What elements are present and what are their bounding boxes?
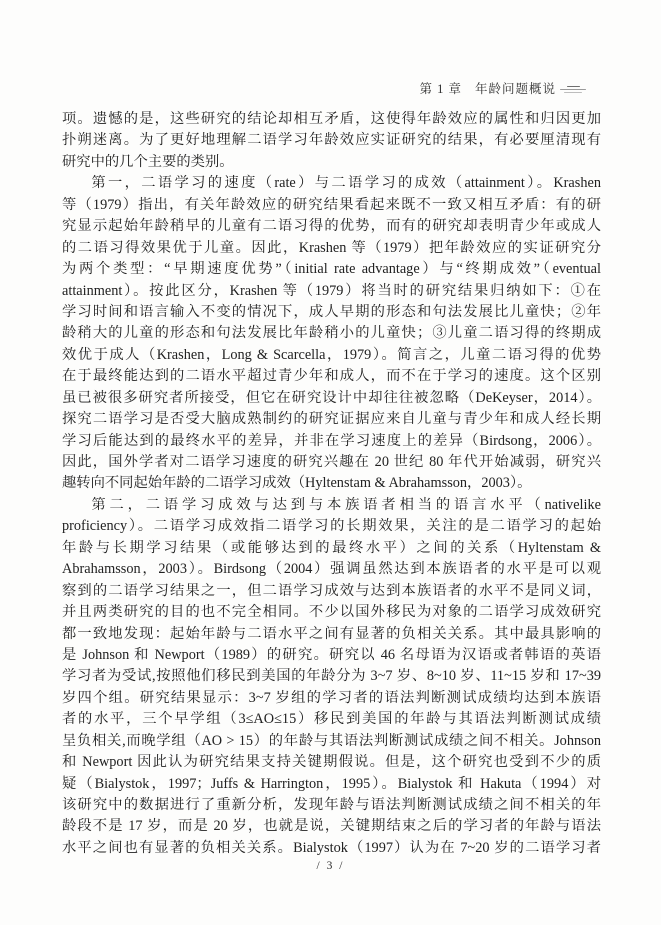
book-page: 第 1 章 年龄问题概说 项。遗憾的是，这些研究的结论却相互矛盾，这使得年龄效应… — [0, 0, 661, 925]
text-line: 该研究中的数据进行了重新分析，发现年龄与语法判断测试成绩之间不相关的年 — [62, 795, 601, 816]
text-line: 扑朔迷离。为了更好地理解二语学习年龄效应实证研究的结果，有必要厘清现有 — [62, 130, 601, 151]
text-line: 学习时间和语言输入不变的情况下，成人早期的形态和句法发展比儿童快；②年 — [62, 302, 601, 323]
text-line: 岁四个组。研究结果显示：3~7 岁组的学习者的语法判断测试成绩均达到本族语 — [62, 688, 601, 709]
text-line: 等（1979）指出，有关年龄效应的研究结果看起来既不一致又相互矛盾：有的研 — [62, 195, 601, 216]
text-line: 者的水平，三个早学组（3≤AO≤15）移民到美国的年龄与其语法判断测试成绩 — [62, 709, 601, 730]
text-line: 为两个类型：“早期速度优势”（initial rate advantage）与“… — [62, 259, 601, 280]
text-line: 究显示起始年龄稍早的儿童有二语习得的优势，而有的研究却表明青少年或成人 — [62, 216, 601, 237]
text-line: 并且两类研究的目的也不完全相同。不少以国外移民为对象的二语学习成效研究 — [62, 602, 601, 623]
text-line: 研究中的几个主要的类别。 — [62, 152, 601, 173]
body-text: 项。遗憾的是，这些研究的结论却相互矛盾，这使得年龄效应的属性和归因更加扑朔迷离。… — [62, 109, 601, 859]
text-line: 学习者为受试,按照他们移民到美国的年龄分为 3~7 岁、8~10 岁、11~15… — [62, 666, 601, 687]
text-line: proficiency）。二语学习成效指二语学习的长期效果，关注的是二语学习的起… — [62, 516, 601, 537]
text-line: 虽已被很多研究者所接受，但它在研究设计中却往往被忽略（DeKeyser，2014… — [62, 388, 601, 409]
text-line: 都一致地发现：起始年龄与二语水平之间有显著的负相关关系。其中最具影响的 — [62, 624, 601, 645]
header-flourish-icon — [560, 86, 587, 97]
text-line: Abrahamsson，2003）。Birdsong（2004）强调虽然达到本族… — [62, 559, 601, 580]
text-line: 学习后能达到的最终水平的差异，并非在学习速度上的差异（Birdsong，2006… — [62, 431, 601, 452]
text-line: 趣转向不同起始年龄的二语学习成效（Hyltenstam & Abrahamsso… — [62, 473, 601, 494]
text-line: 察到的二语学习结果之一，但二语学习成效与达到本族语者的水平不是同义词， — [62, 581, 601, 602]
text-line: 探究二语学习是否受大脑成熟制约的研究证据应来自儿童与青少年和成人经长期 — [62, 409, 601, 430]
page-number: / 3 / — [0, 860, 661, 872]
text-line: 在于最终能达到的二语水平超过青少年和成人，而不在于学习的速度。这个区别 — [62, 366, 601, 387]
text-line: 因此，国外学者对二语学习速度的研究兴趣在 20 世纪 80 年代开始减弱，研究兴 — [62, 452, 601, 473]
text-line: 效优于成人（Krashen，Long & Scarcella，1979）。简言之… — [62, 345, 601, 366]
text-line: 龄稍大的儿童的形态和句法发展比年龄稍小的儿童快；③儿童二语习得的终期成 — [62, 323, 601, 344]
text-line: 第二，二语学习成效与达到与本族语者相当的语言水平（nativelike — [62, 495, 601, 516]
text-line: 年龄与长期学习结果（或能够达到的最终水平）之间的关系（Hyltenstam & — [62, 538, 601, 559]
text-line: 是 Johnson 和 Newport（1989）的研究。研究以 46 名母语为… — [62, 645, 601, 666]
text-line: 疑（Bialystok，1997；Juffs & Harrington，1995… — [62, 774, 601, 795]
text-line: 项。遗憾的是，这些研究的结论却相互矛盾，这使得年龄效应的属性和归因更加 — [62, 109, 601, 130]
running-header: 第 1 章 年龄问题概说 — [419, 79, 587, 97]
text-line: 龄段不是 17 岁，而是 20 岁，也就是说，关键期结束之后的学习者的年龄与语法 — [62, 816, 601, 837]
text-line: 的二语习得效果优于儿童。因此，Krashen 等（1979）把年龄效应的实证研究… — [62, 238, 601, 259]
text-line: 水平之间也有显著的负相关关系。Bialystok（1997）认为在 7~20 岁… — [62, 838, 601, 859]
text-line: 和 Newport 因此认为研究结果支持关键期假说。但是，这个研究也受到不少的质 — [62, 752, 601, 773]
header-chapter-label: 第 1 章 — [419, 79, 462, 97]
text-line: attainment）。按此区分，Krashen 等（1979）将当时的研究结果… — [62, 281, 601, 302]
header-chapter-title: 年龄问题概说 — [475, 79, 556, 97]
text-line: 呈负相关,而晚学组（AO > 15）的年龄与其语法判断测试成绩之间不相关。Joh… — [62, 731, 601, 752]
text-line: 第一，二语学习的速度（rate）与二语学习的成效（attainment）。Kra… — [62, 173, 601, 194]
